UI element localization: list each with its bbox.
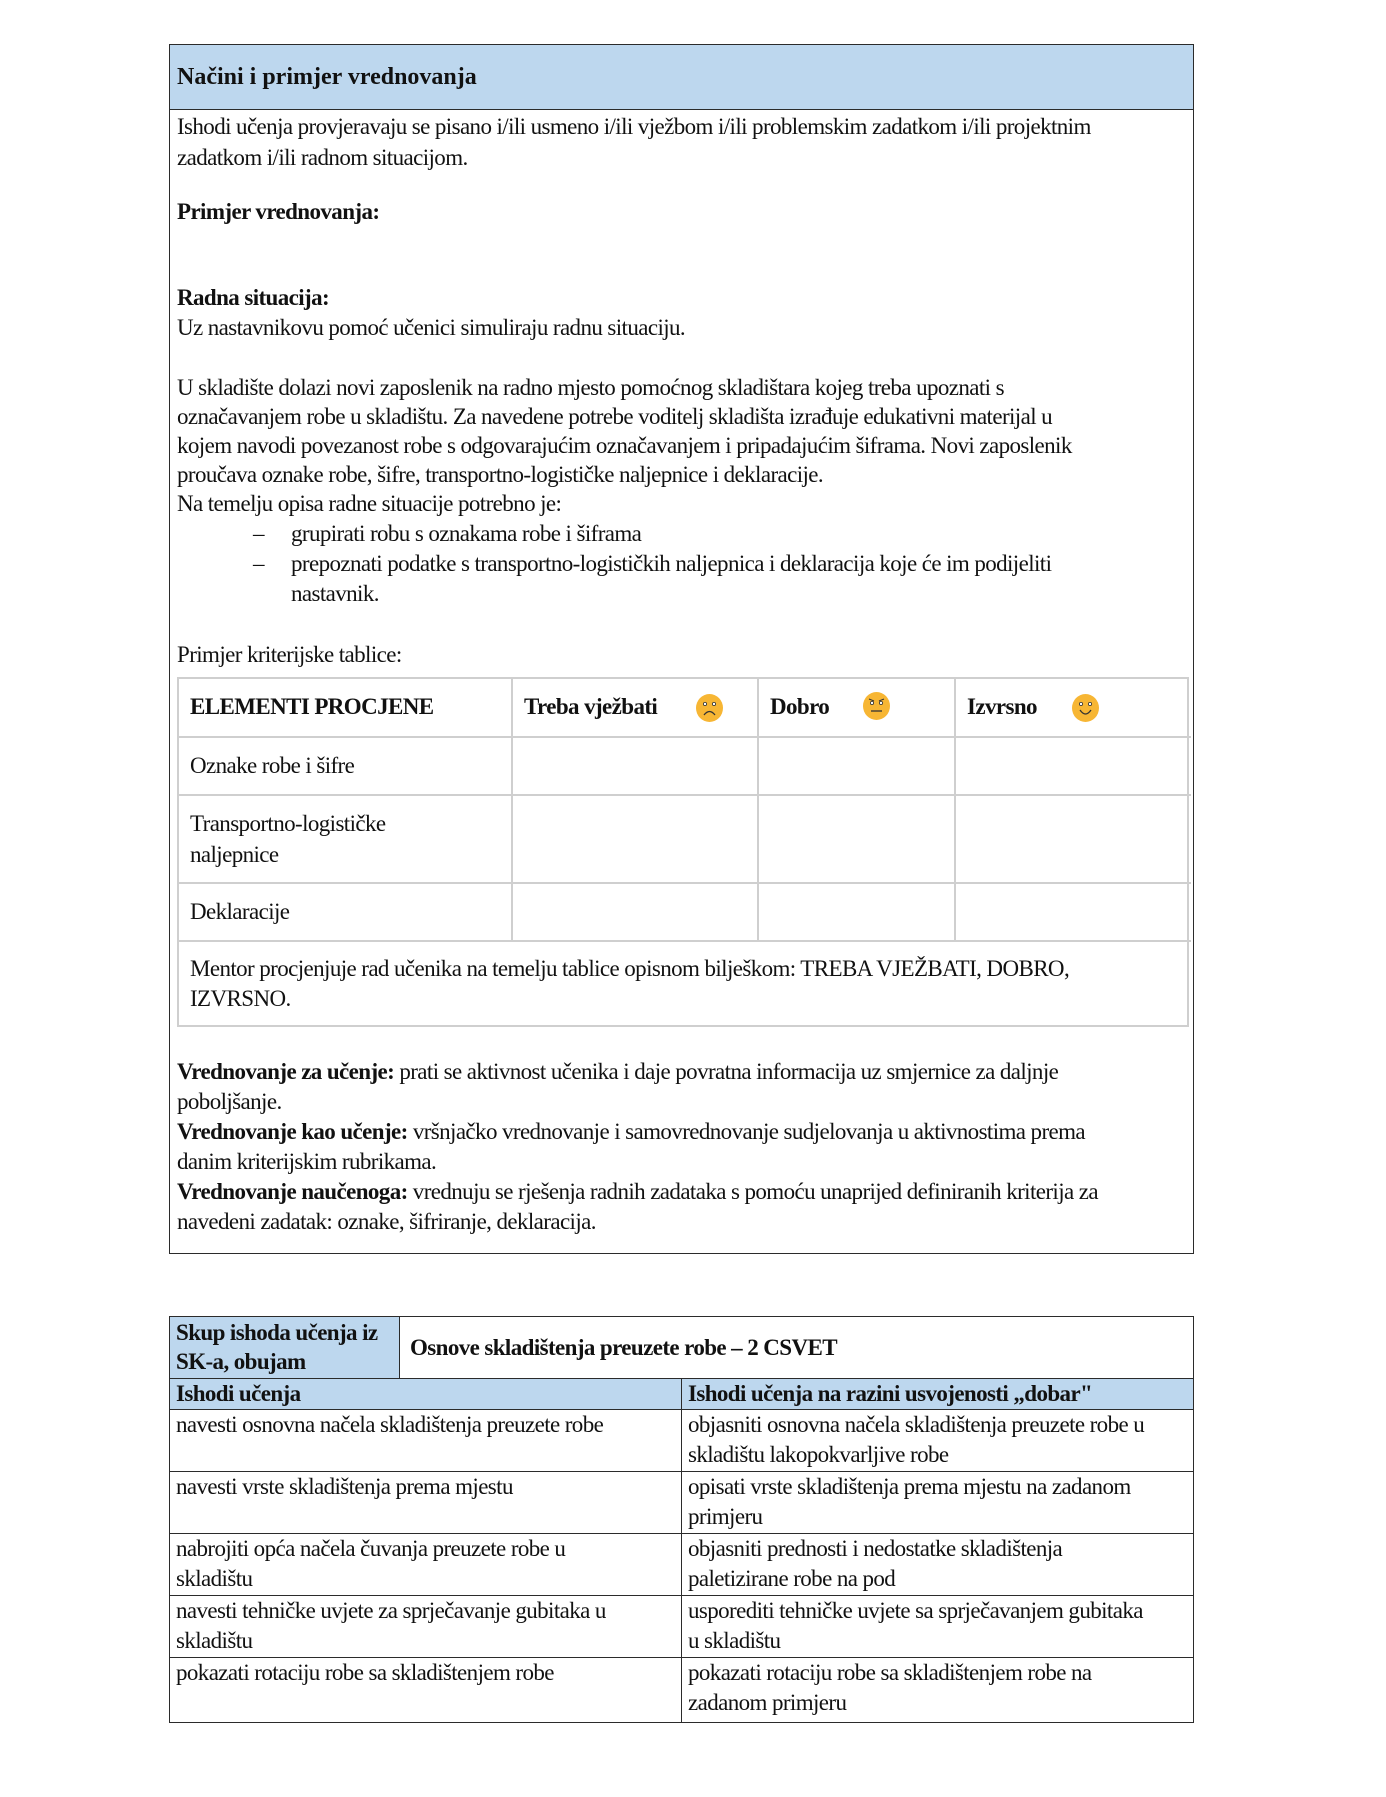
section-title: Načini i primjer vrednovanja: [177, 64, 477, 91]
criteria-cell: [956, 796, 1191, 884]
assessment-of-learning-cont: navedeni zadatak: oznake, šifriranje, de…: [177, 1209, 596, 1235]
criteria-header-good: Dobro: [759, 679, 956, 738]
outcome-set-label: Skup ishoda učenja iz SK-a, obujam: [170, 1317, 400, 1379]
neutral-face-icon: [863, 692, 890, 720]
description-line: Na temelju opisa radne situacije potrebn…: [177, 491, 561, 517]
criteria-cell: [513, 884, 759, 942]
example-heading: Primjer vrednovanja:: [177, 199, 379, 225]
assessment-for-learning-cont: poboljšanje.: [177, 1089, 282, 1115]
criteria-table: ELEMENTI PROCJENE Treba vježbati Dobro I…: [177, 677, 1189, 1027]
criteria-row-label: Oznake robe i šifre: [179, 738, 513, 796]
criteria-note: Mentor procjenjuje rad učenika na temelj…: [179, 942, 1191, 1027]
outcome-row-right: pokazati rotaciju robe sa skladištenjem …: [682, 1658, 1193, 1722]
assessment-as-learning-cont: danim kriterijskim rubrikama.: [177, 1149, 436, 1175]
criteria-row-label: Transportno-logističke naljepnice: [179, 796, 513, 884]
bullet-marker: –: [253, 521, 264, 547]
outcome-row-left: pokazati rotaciju robe sa skladištenjem …: [170, 1658, 682, 1722]
criteria-header-elements: ELEMENTI PROCJENE: [179, 679, 513, 738]
criteria-table-label: Primjer kriterijske tablice:: [177, 642, 402, 668]
evaluation-methods-header: Načini i primjer vrednovanja: [170, 45, 1193, 110]
criteria-header-excellent: Izvrsno: [956, 679, 1191, 738]
criteria-cell: [759, 738, 956, 796]
sad-face-icon: [696, 694, 723, 722]
smiling-face-icon: [1072, 694, 1099, 722]
criteria-header-needs-practice: Treba vježbati: [513, 679, 759, 738]
bullet-item: prepoznati podatke s transportno-logisti…: [291, 551, 1051, 577]
criteria-cell: [513, 796, 759, 884]
col-header-outcomes: Ishodi učenja: [170, 1379, 682, 1410]
criteria-cell: [956, 884, 1191, 942]
work-situation-heading: Radna situacija:: [177, 285, 329, 311]
criteria-cell: [759, 884, 956, 942]
outcome-row-left: nabrojiti opća načela čuvanja preuzete r…: [170, 1534, 682, 1596]
outcome-row-right: opisati vrste skladištenja prema mjestu …: [682, 1472, 1193, 1534]
description-line: kojem navodi povezanost robe s odgovaraj…: [177, 433, 1072, 459]
work-situation-intro: Uz nastavnikovu pomoć učenici simuliraju…: [177, 315, 685, 341]
assessment-of-learning: Vrednovanje naučenoga: vrednuju se rješe…: [177, 1179, 1098, 1205]
assessment-as-learning: Vrednovanje kao učenje: vršnjačko vredno…: [177, 1119, 1085, 1145]
criteria-row-label: Deklaracije: [179, 884, 513, 942]
description-line: U skladište dolazi novi zaposlenik na ra…: [177, 375, 1004, 401]
outcome-row-right: usporediti tehničke uvjete sa sprječavan…: [682, 1596, 1193, 1658]
description-line: označavanjem robe u skladištu. Za navede…: [177, 404, 1052, 430]
col-header-good-level: Ishodi učenja na razini usvojenosti „dob…: [682, 1379, 1193, 1410]
outcome-row-right: objasniti osnovna načela skladištenja pr…: [682, 1410, 1193, 1472]
learning-outcomes-table: Skup ishoda učenja iz SK-a, obujam Osnov…: [169, 1316, 1194, 1723]
outcome-row-right: objasniti prednosti i nedostatke skladiš…: [682, 1534, 1193, 1596]
intro-line: Ishodi učenja provjeravaju se pisano i/i…: [177, 114, 1091, 140]
criteria-cell: [759, 796, 956, 884]
assessment-for-learning: Vrednovanje za učenje: prati se aktivnos…: [177, 1059, 1058, 1085]
outcome-row-left: navesti tehničke uvjete za sprječavanje …: [170, 1596, 682, 1658]
bullet-marker: –: [253, 551, 264, 577]
bullet-item-continued: nastavnik.: [291, 581, 379, 607]
criteria-cell: [513, 738, 759, 796]
intro-line: zadatkom i/ili radnom situacijom.: [177, 145, 468, 171]
evaluation-methods-table: Načini i primjer vrednovanja Ishodi učen…: [169, 44, 1194, 1254]
outcome-set-value: Osnove skladištenja preuzete robe – 2 CS…: [400, 1317, 1193, 1379]
description-line: proučava oznake robe, šifre, transportno…: [177, 462, 823, 488]
criteria-cell: [956, 738, 1191, 796]
bullet-item: grupirati robu s oznakama robe i šiframa: [291, 521, 641, 547]
outcome-row-left: navesti vrste skladištenja prema mjestu: [170, 1472, 682, 1534]
outcome-row-left: navesti osnovna načela skladištenja preu…: [170, 1410, 682, 1472]
